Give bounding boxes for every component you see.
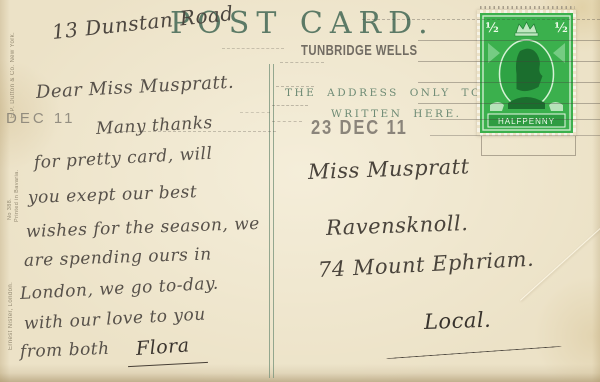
handwritten-message-line: are spending ours in <box>24 244 212 271</box>
handwritten-message-line: you exept our best <box>28 182 198 208</box>
crown-icon <box>516 22 537 33</box>
handwritten-signature: Flora <box>135 334 190 360</box>
handwritten-recipient-line: Local. <box>424 308 492 334</box>
stamp-graphic: ½ ½ HALFPENNY <box>480 13 573 133</box>
cancellation-line <box>418 61 600 62</box>
handwritten-message-line: with our love to you <box>23 304 206 333</box>
stamp-perforation-marks <box>480 6 575 9</box>
handwritten-recipient-line: Ravensknoll. <box>326 211 469 240</box>
handwritten-recipient-line: Miss Muspratt <box>308 154 470 184</box>
cancellation-line <box>418 103 600 104</box>
printed-in-imprint: Printed in Bavaria. <box>14 168 20 222</box>
local-underline <box>386 346 562 359</box>
signature-underline <box>128 362 208 367</box>
cancellation-line <box>272 121 302 122</box>
cancellation-line <box>240 112 270 113</box>
cancellation-line <box>276 86 314 87</box>
handwritten-message-line: Many thanks <box>95 113 213 139</box>
postmark-machine-date: 23 DEC 11 <box>311 116 408 140</box>
postmark-town: TUNBRIDGE WELLS <box>301 42 418 58</box>
cancellation-line <box>272 105 308 106</box>
cancellation-line <box>362 19 600 20</box>
handwritten-message-line: London, we go to-day. <box>19 274 219 304</box>
stamp-denomination-right: ½ <box>554 21 568 36</box>
handwritten-message-line: wishes for the season, we <box>26 214 260 242</box>
handwritten-recipient-line: 74 Mount Ephriam. <box>317 247 534 282</box>
handwritten-message-line: Dear Miss Muspratt. <box>35 72 234 103</box>
cancellation-line <box>430 135 600 136</box>
handwritten-message-line: for pretty card, will <box>33 144 212 173</box>
postage-stamp: ½ ½ HALFPENNY <box>477 10 576 136</box>
series-number-imprint: No 388. <box>7 170 13 220</box>
handwritten-message-line: from both <box>20 339 110 362</box>
crown-base <box>515 33 538 36</box>
publisher-imprint-bottom: Ernest Nister, London. <box>8 286 14 350</box>
postmark-side-date: DEC 11 <box>6 110 75 127</box>
cancellation-line <box>418 40 600 41</box>
cancellation-line <box>280 62 324 63</box>
publisher-imprint-top: E.P. Dutton & Co. New York. <box>10 46 16 118</box>
cancellation-line <box>430 119 600 120</box>
postcard-scan: POST CARD. THE ADDRESS ONLY TO BE WRITTE… <box>0 0 600 382</box>
stamp-denomination-left: ½ <box>485 21 499 36</box>
cancellation-line <box>222 48 284 49</box>
cancellation-line <box>118 131 276 132</box>
cancellation-line <box>418 82 600 83</box>
